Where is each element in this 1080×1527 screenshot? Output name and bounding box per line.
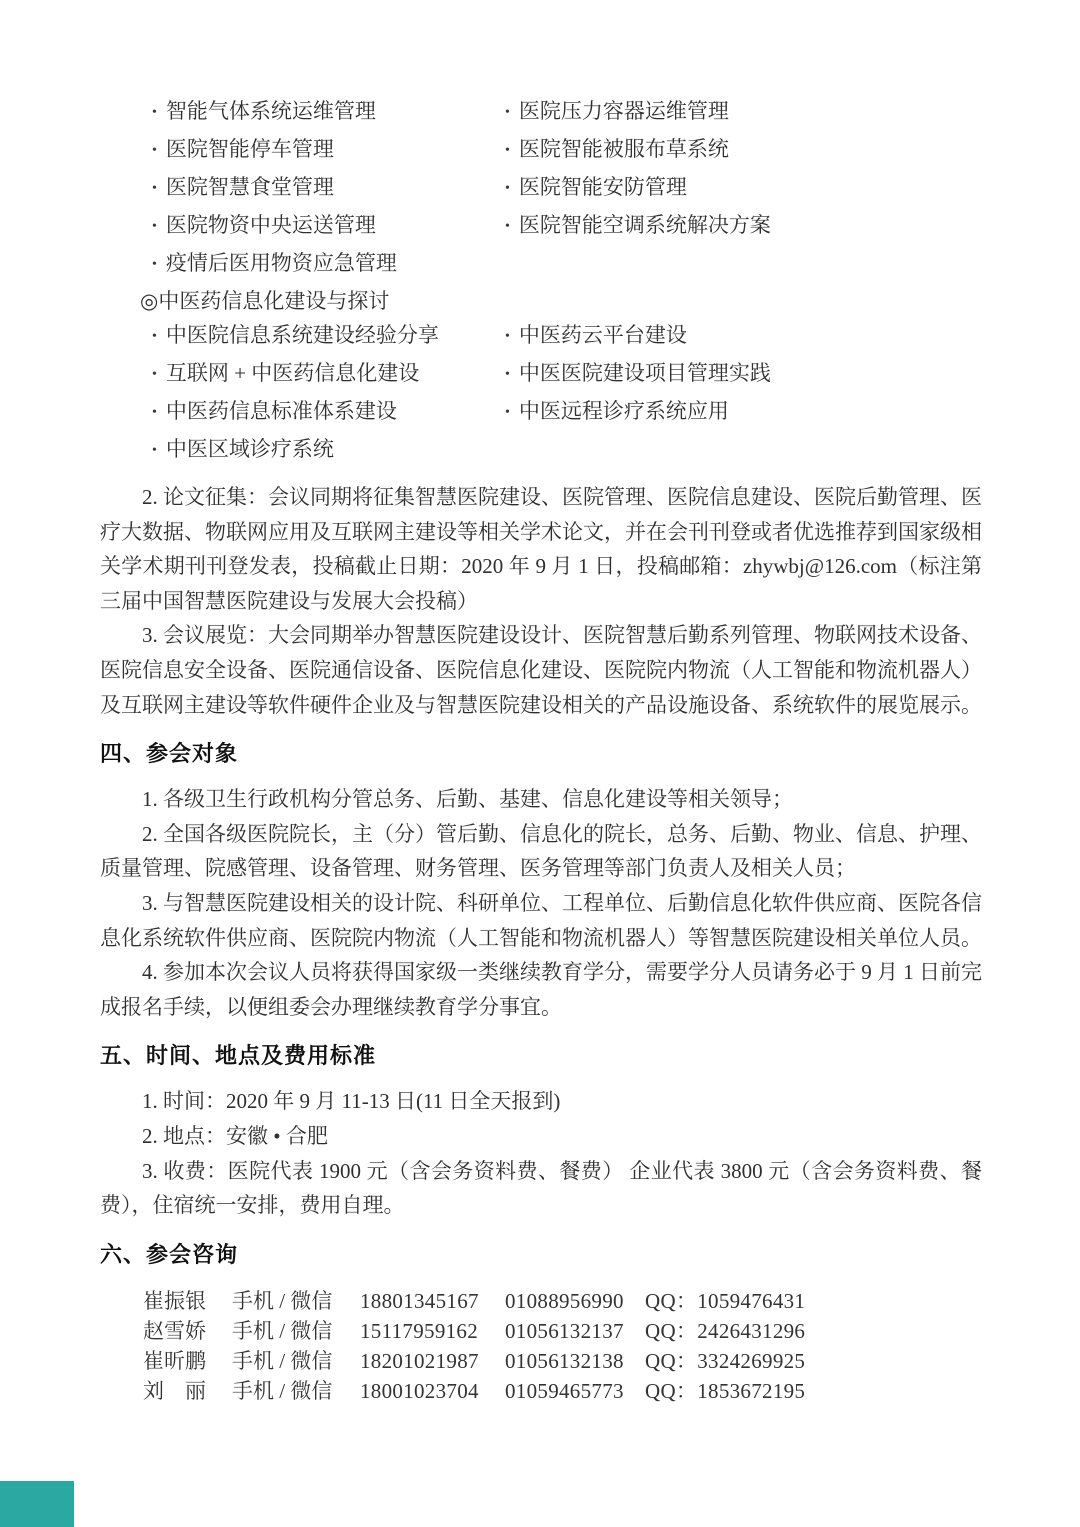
contact-channel-label: 手机 / 微信 (232, 1376, 360, 1406)
attendees-item: 4. 参加本次会议人员将获得国家级一类继续教育学分，需要学分人员请务必于 9 月… (100, 955, 982, 1024)
time-item: 1. 时间：2020 年 9 月 11-13 日(11 日全天报到) (100, 1084, 982, 1119)
contact-channel-label: 手机 / 微信 (232, 1346, 360, 1376)
topic-row: •医院智能停车管理 •医院智能被服布草系统 (100, 132, 982, 170)
section-title-time-place-fee: 五、时间、地点及费用标准 (100, 1041, 982, 1071)
topic-item: •医院智能空调系统解决方案 (505, 208, 771, 246)
bullet-icon: • (152, 96, 157, 130)
bullet-icon: • (505, 134, 510, 168)
topic-row: •智能气体系统运维管理 •医院压力容器运维管理 (100, 94, 982, 132)
contact-qq: QQ：1059476431 (645, 1286, 805, 1316)
contact-landline-number: 01059465773 (505, 1376, 645, 1406)
contact-name: 崔昕鹏 (143, 1346, 232, 1376)
topic-label: 中医药云平台建设 (519, 318, 687, 352)
bullet-icon: • (505, 358, 510, 392)
topic-item: •医院智能停车管理 (100, 132, 505, 170)
bullet-icon: • (152, 134, 157, 168)
contact-landline-number: 01056132137 (505, 1316, 645, 1346)
bullet-icon: • (505, 96, 510, 130)
bullet-icon: • (505, 320, 510, 354)
topic-label: 医院智能安防管理 (519, 170, 687, 204)
page-content: •智能气体系统运维管理 •医院压力容器运维管理 •医院智能停车管理 •医院智能被… (100, 94, 982, 1406)
contact-name: 崔振银 (143, 1286, 232, 1316)
bullet-icon: • (152, 434, 157, 468)
bullet-icon: • (152, 396, 157, 430)
topic-label: 互联网 + 中医药信息化建设 (166, 356, 419, 390)
paragraph-papers-call: 2. 论文征集：会议同期将征集智慧医院建设、医院管理、医院信息建设、医院后勤管理… (100, 480, 982, 618)
topic-label: 医院物资中央运送管理 (166, 208, 376, 242)
corner-accent (0, 1481, 74, 1527)
bullet-icon: • (152, 320, 157, 354)
topic-item: •医院智能安防管理 (505, 170, 687, 208)
topic-item: •智能气体系统运维管理 (100, 94, 505, 132)
topic-label: 智能气体系统运维管理 (166, 94, 376, 128)
contact-row: 崔昕鹏 手机 / 微信 18201021987 01056132138 QQ：3… (100, 1346, 982, 1376)
bullet-icon: • (152, 248, 157, 282)
topic-row: •中医区域诊疗系统 (100, 432, 982, 470)
topic-item: •医院物资中央运送管理 (100, 208, 505, 246)
topic-label: 中医药信息标准体系建设 (166, 394, 397, 428)
topic-item: •中医区域诊疗系统 (100, 432, 505, 470)
topic-item: •医院智能被服布草系统 (505, 132, 729, 170)
contact-list: 崔振银 手机 / 微信 18801345167 01088956990 QQ：1… (100, 1286, 982, 1406)
bullet-icon: • (505, 172, 510, 206)
topic-label: 医院智能被服布草系统 (519, 132, 729, 166)
qq-label: QQ： (645, 1349, 697, 1373)
bullet-icon: • (152, 210, 157, 244)
contact-landline-number: 01088956990 (505, 1286, 645, 1316)
topic-item: •医院压力容器运维管理 (505, 94, 729, 132)
topic-label: 中医医院建设项目管理实践 (519, 356, 771, 390)
contact-qq: QQ：3324269925 (645, 1346, 805, 1376)
topic-item: •互联网 + 中医药信息化建设 (100, 356, 505, 394)
bullet-icon: • (152, 358, 157, 392)
contact-row: 赵雪娇 手机 / 微信 15117959162 01056132137 QQ：2… (100, 1316, 982, 1346)
qq-number: 3324269925 (697, 1349, 805, 1373)
contact-mobile-number: 18001023704 (360, 1376, 505, 1406)
contact-qq: QQ：2426431296 (645, 1316, 805, 1346)
topic-label: 医院压力容器运维管理 (519, 94, 729, 128)
topic-item: •中医远程诊疗系统应用 (505, 394, 729, 432)
topic-item: •中医院信息系统建设经验分享 (100, 318, 505, 356)
contact-row: 崔振银 手机 / 微信 18801345167 01088956990 QQ：1… (100, 1286, 982, 1316)
topic-label: 中医远程诊疗系统应用 (519, 394, 729, 428)
tcm-subheading: ◎中医药信息化建设与探讨 (100, 284, 982, 318)
topic-item: •中医药云平台建设 (505, 318, 687, 356)
qq-number: 2426431296 (697, 1319, 805, 1343)
topic-row: •医院智慧食堂管理 •医院智能安防管理 (100, 170, 982, 208)
topic-label: 医院智能停车管理 (166, 132, 334, 166)
contact-qq: QQ：1853672195 (645, 1376, 805, 1406)
place-item: 2. 地点：安徽 • 合肥 (100, 1119, 982, 1154)
bullet-icon: • (152, 172, 157, 206)
contact-landline-number: 01056132138 (505, 1346, 645, 1376)
section-title-consulting: 六、参会咨询 (100, 1240, 982, 1270)
topic-row: •中医院信息系统建设经验分享 •中医药云平台建设 (100, 318, 982, 356)
attendees-item: 3. 与智慧医院建设相关的设计院、科研单位、工程单位、后勤信息化软件供应商、医院… (100, 886, 982, 955)
contact-mobile-number: 18201021987 (360, 1346, 505, 1376)
topic-item: •医院智慧食堂管理 (100, 170, 505, 208)
contact-row: 刘 丽 手机 / 微信 18001023704 01059465773 QQ：1… (100, 1376, 982, 1406)
attendees-item: 1. 各级卫生行政机构分管总务、后勤、基建、信息化建设等相关领导； (100, 782, 982, 817)
section-title-attendees: 四、参会对象 (100, 739, 982, 769)
topic-label: 医院智能空调系统解决方案 (519, 208, 771, 242)
bullet-icon: • (505, 396, 510, 430)
contact-name: 赵雪娇 (143, 1316, 232, 1346)
topic-row: •中医药信息标准体系建设 •中医远程诊疗系统应用 (100, 394, 982, 432)
paragraph-exhibition: 3. 会议展览：大会同期举办智慧医院建设设计、医院智慧后勤系列管理、物联网技术设… (100, 618, 982, 722)
fee-item: 3. 收费：医院代表 1900 元（含会务资料费、餐费） 企业代表 3800 元… (100, 1154, 982, 1223)
topic-row: •医院物资中央运送管理 •医院智能空调系统解决方案 (100, 208, 982, 246)
bullet-icon: • (505, 210, 510, 244)
qq-label: QQ： (645, 1379, 697, 1403)
topic-row: •互联网 + 中医药信息化建设 •中医医院建设项目管理实践 (100, 356, 982, 394)
contact-channel-label: 手机 / 微信 (232, 1316, 360, 1346)
topic-row: •疫情后医用物资应急管理 (100, 246, 982, 284)
contact-mobile-number: 15117959162 (360, 1316, 505, 1346)
attendees-item: 2. 全国各级医院院长，主（分）管后勤、信息化的院长，总务、后勤、物业、信息、护… (100, 817, 982, 886)
topic-label: 中医院信息系统建设经验分享 (166, 318, 439, 352)
contact-mobile-number: 18801345167 (360, 1286, 505, 1316)
topic-item: •中医医院建设项目管理实践 (505, 356, 771, 394)
contact-name: 刘 丽 (143, 1376, 232, 1406)
qq-label: QQ： (645, 1289, 697, 1313)
contact-channel-label: 手机 / 微信 (232, 1286, 360, 1316)
topic-label: 医院智慧食堂管理 (166, 170, 334, 204)
topic-item: •中医药信息标准体系建设 (100, 394, 505, 432)
topic-list: •智能气体系统运维管理 •医院压力容器运维管理 •医院智能停车管理 •医院智能被… (100, 94, 982, 470)
topic-item: •疫情后医用物资应急管理 (100, 246, 505, 284)
qq-label: QQ： (645, 1319, 697, 1343)
topic-label: 疫情后医用物资应急管理 (166, 246, 397, 280)
qq-number: 1853672195 (697, 1379, 805, 1403)
qq-number: 1059476431 (697, 1289, 805, 1313)
document-page: •智能气体系统运维管理 •医院压力容器运维管理 •医院智能停车管理 •医院智能被… (0, 0, 1080, 1527)
topic-label: 中医区域诊疗系统 (166, 432, 334, 466)
